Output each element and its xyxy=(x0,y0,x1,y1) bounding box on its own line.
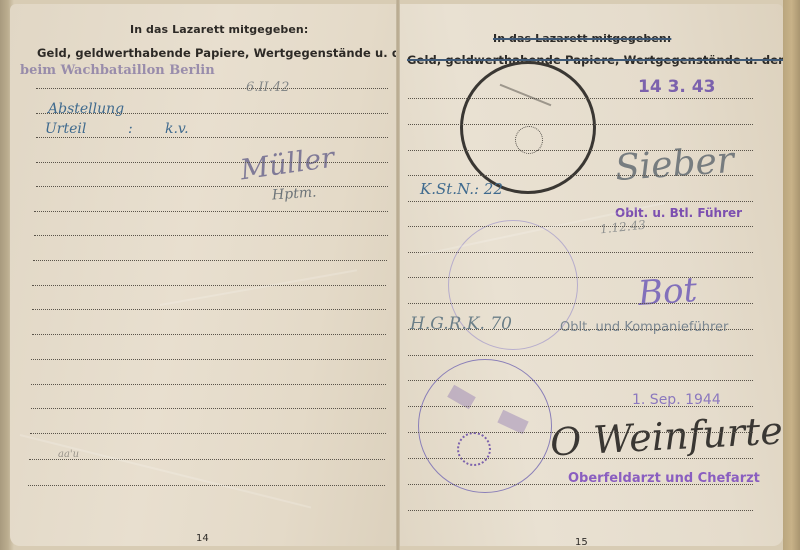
dotted-line xyxy=(408,329,753,330)
entry-ksn: K.St.N.: 22 xyxy=(420,180,503,198)
dotted-line xyxy=(408,201,753,202)
page-number-left: 14 xyxy=(196,533,209,544)
entry-colon: : xyxy=(128,121,133,137)
dotted-line xyxy=(408,510,753,511)
dotted-line xyxy=(28,485,385,486)
eagle-wing-right-icon xyxy=(497,410,528,435)
dotted-line xyxy=(31,384,386,385)
dotted-line xyxy=(408,226,753,227)
unit-stamp: beim Wachbataillon Berlin xyxy=(20,63,215,78)
dotted-line xyxy=(408,355,753,356)
dotted-line xyxy=(32,285,386,286)
dotted-line xyxy=(31,408,386,409)
dotted-line xyxy=(29,459,385,460)
eagle-wing-mark xyxy=(500,84,552,106)
dotted-line xyxy=(408,303,753,304)
signature-2-title-stamp: Oblt. und Kompanieführer xyxy=(560,320,728,335)
swastika-emblem-icon xyxy=(457,432,491,466)
book-cover-edge xyxy=(783,0,800,550)
dotted-line xyxy=(408,277,753,278)
left-page: In das Lazarett mitgegeben: Geld, geldwe… xyxy=(10,4,396,546)
left-header-line2: Geld, geldwerthabende Papiere, Wertgegen… xyxy=(37,46,396,60)
dotted-line xyxy=(36,88,388,89)
dotted-line xyxy=(408,150,753,151)
entry-value-kv: k.v. xyxy=(165,121,189,137)
dotted-line xyxy=(33,260,387,261)
dotted-line xyxy=(408,175,753,176)
dotted-line xyxy=(36,113,388,114)
signature-1-date: 1.12.43 xyxy=(599,218,646,237)
entry-hgrk: H.G.R.K. 70 xyxy=(410,314,512,334)
dotted-line xyxy=(408,124,753,125)
page-number-right: 15 xyxy=(575,537,588,546)
right-header-line2-struck: Geld, geldwerthabende Papiere, Wertgegen… xyxy=(407,53,783,67)
paper-crease xyxy=(160,269,357,306)
entry-label-urteil: Urteil xyxy=(45,121,86,137)
dotted-line xyxy=(34,211,388,212)
signature-mueller: Müller xyxy=(238,141,336,187)
dotted-line xyxy=(408,484,753,485)
signature-weinfurter: O Weinfurter xyxy=(549,407,783,464)
dotted-line xyxy=(31,359,386,360)
document-spread: In das Lazarett mitgegeben: Geld, geldwe… xyxy=(0,0,800,550)
dotted-line xyxy=(36,162,388,163)
date-stamp-1943: 14 3. 43 xyxy=(638,77,715,97)
entry-label-abstellung: Abstellung xyxy=(48,101,124,117)
dotted-line xyxy=(32,334,386,335)
dotted-line xyxy=(36,186,388,187)
dotted-line xyxy=(408,406,753,407)
dotted-line xyxy=(32,309,386,310)
dotted-line xyxy=(408,252,753,253)
dotted-line xyxy=(36,137,388,138)
right-header-line1-struck: In das Lazarett mitgegeben: xyxy=(493,32,671,45)
paper-crease xyxy=(20,434,312,509)
dotted-line xyxy=(408,98,753,99)
left-header-line1: In das Lazarett mitgegeben: xyxy=(130,23,308,36)
dotted-line xyxy=(408,432,753,433)
dotted-line xyxy=(408,380,753,381)
dotted-line xyxy=(30,433,386,434)
dotted-line xyxy=(34,235,388,236)
signature-rank: Hptm. xyxy=(271,184,317,203)
signature-sieber: Sieber xyxy=(614,140,736,189)
dotted-line xyxy=(408,458,753,459)
right-page: In das Lazarett mitgegeben: Geld, geldwe… xyxy=(400,4,783,546)
